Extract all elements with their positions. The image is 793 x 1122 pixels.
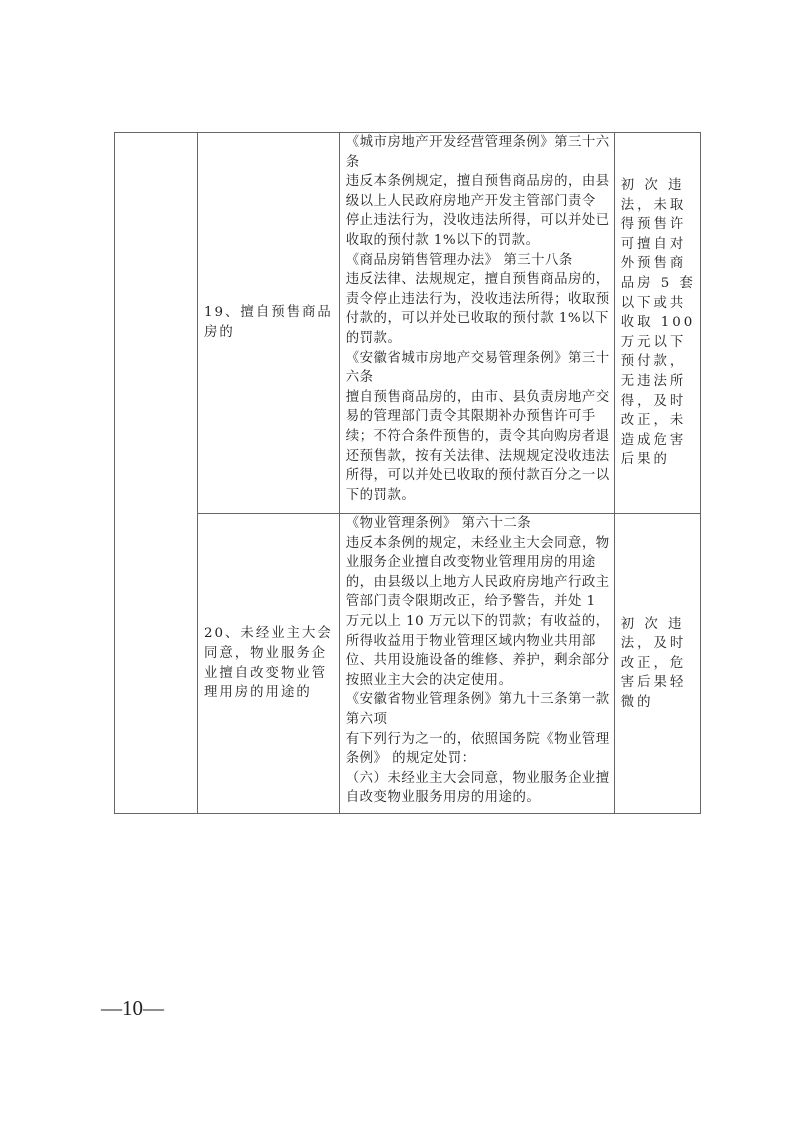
violation-item-cell: 19、擅自预售商品 房的	[198, 133, 340, 514]
exemption-condition-cell: 初 次 违 法，及时 改正，危 害后果轻 微的	[614, 514, 700, 814]
violation-item-cell: 20、未经业主大会 同意，物业服务企 业擅自改变物业管 理用房的用途的	[198, 514, 340, 814]
legal-basis-cell: 《物业管理条例》 第六十二条 违反本条例的规定，未经业主大会同意，物 业服务企业…	[339, 514, 614, 814]
category-cell	[115, 133, 198, 814]
table-row-20: 20、未经业主大会 同意，物业服务企 业擅自改变物业管 理用房的用途的 《物业管…	[115, 514, 701, 814]
table-row-19: 19、擅自预售商品 房的 《城市房地产开发经营管理条例》第三十六 条 违反本条例…	[115, 133, 701, 514]
exemption-condition-text: 初 次 违 法，未取 得预售许 可擅自对 外预售商 品房 5 套 以下或共 收取…	[621, 176, 696, 470]
exemption-condition-text: 初 次 违 法，及时 改正，危 害后果轻 微的	[621, 615, 696, 713]
violation-item-text: 19、擅自预售商品 房的	[204, 303, 333, 342]
legal-basis-cell: 《城市房地产开发经营管理条例》第三十六 条 违反本条例规定，擅自预售商品房的，由…	[339, 133, 614, 514]
violation-item-text: 20、未经业主大会 同意，物业服务企 业擅自改变物业管 理用房的用途的	[204, 624, 333, 702]
regulation-table: 19、擅自预售商品 房的 《城市房地产开发经营管理条例》第三十六 条 违反本条例…	[114, 132, 701, 814]
legal-basis-text: 《城市房地产开发经营管理条例》第三十六 条 违反本条例规定，擅自预售商品房的，由…	[346, 133, 610, 505]
page-number: —10—	[101, 996, 164, 1021]
exemption-condition-cell: 初 次 违 法，未取 得预售许 可擅自对 外预售商 品房 5 套 以下或共 收取…	[614, 133, 700, 514]
legal-basis-text: 《物业管理条例》 第六十二条 违反本条例的规定，未经业主大会同意，物 业服务企业…	[346, 514, 610, 808]
